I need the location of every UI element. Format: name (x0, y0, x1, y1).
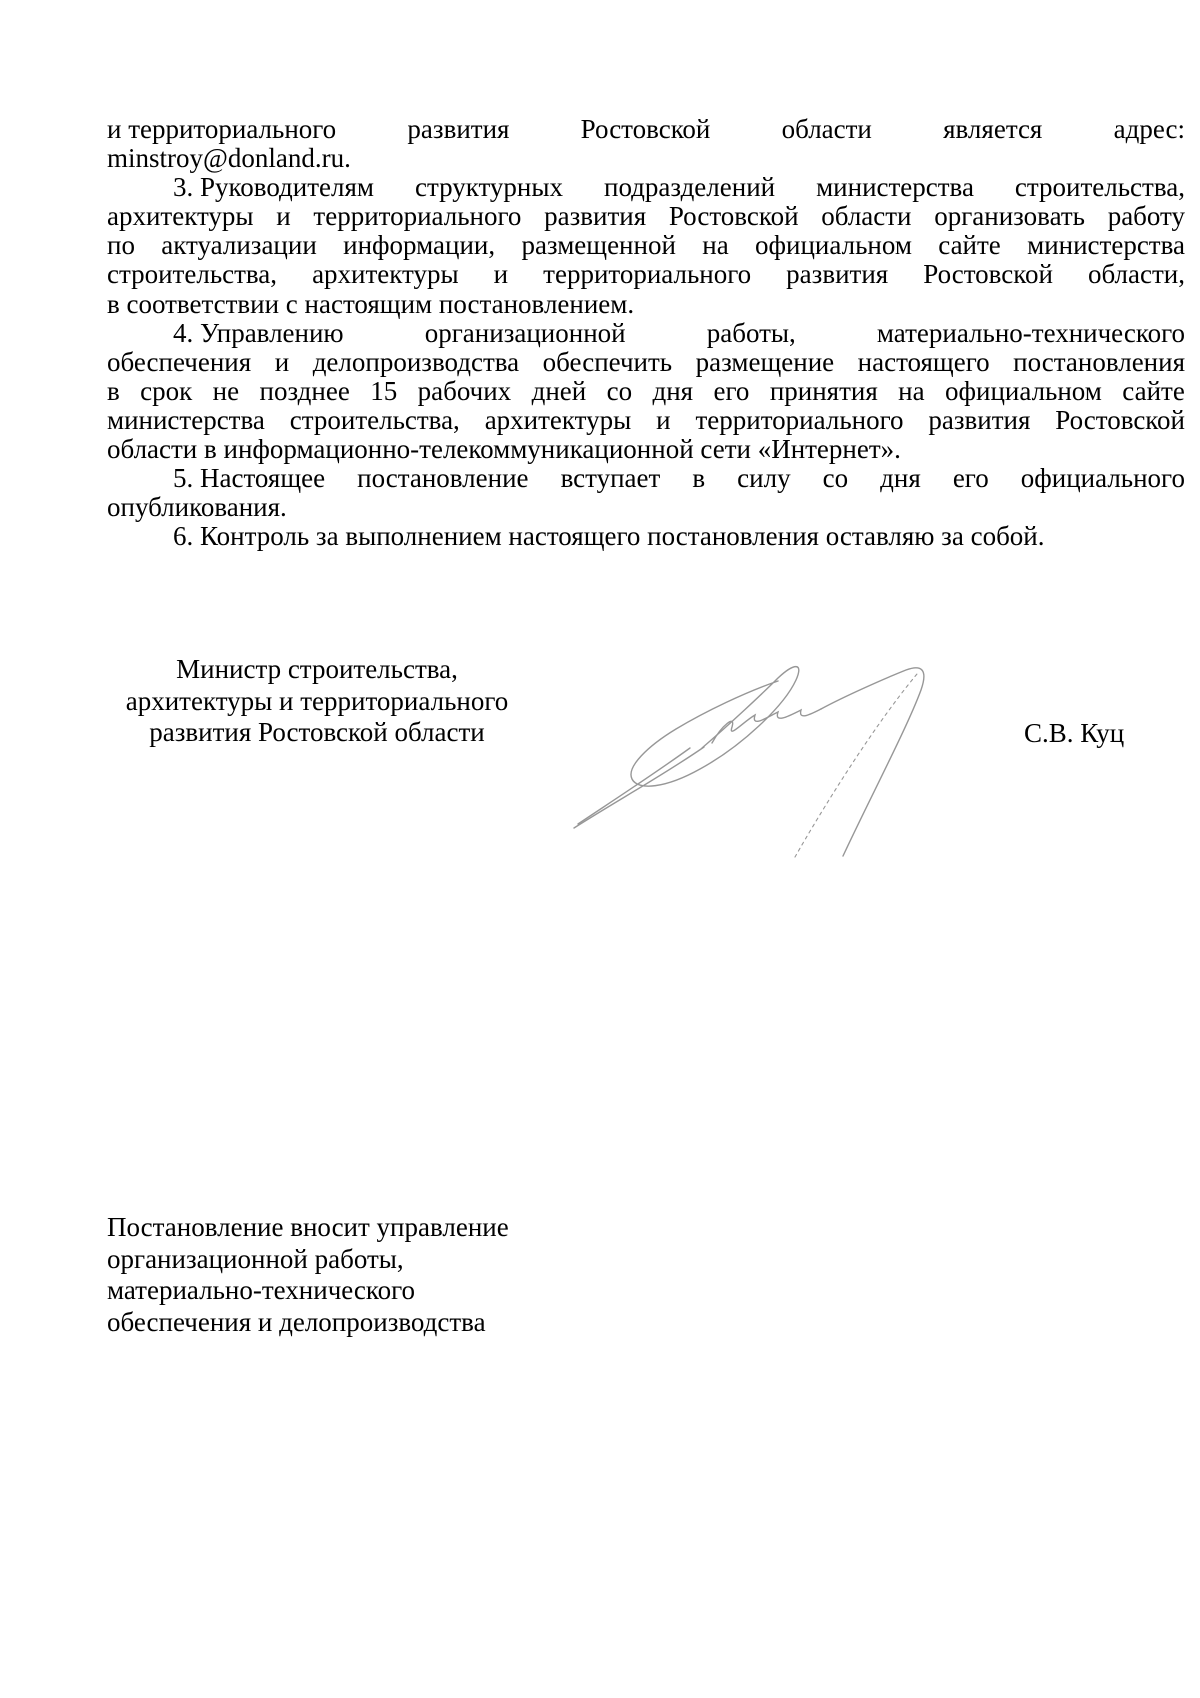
text-line: строительства,архитектурыитерриториально… (107, 260, 1185, 289)
text-line: архитектурыитерриториальногоразвитияРост… (107, 202, 1185, 231)
text-line: 4. Управлениюорганизационнойработы,матер… (107, 319, 1185, 348)
paragraph-item-5: 5. Настоящеепостановлениевступаетвсилусо… (107, 464, 1185, 522)
signatory-title-line: развития Ростовской области (105, 717, 529, 749)
text-line: министерствастроительства,архитектурыите… (107, 406, 1185, 435)
paragraph-item-3: 3. Руководителямструктурныхподразделений… (107, 173, 1185, 318)
text-line: 3. Руководителямструктурныхподразделений… (107, 173, 1185, 202)
text-line: в соответствии с настоящим постановление… (107, 290, 1185, 319)
footer-note-line: обеспечения и делопроизводства (107, 1307, 509, 1339)
text-line: 5. Настоящеепостановлениевступаетвсилусо… (107, 464, 1185, 493)
signatory-name: С.В. Куц (1024, 719, 1124, 748)
text-line: опубликования. (107, 493, 1185, 522)
text-line: 6. Контроль за выполнением настоящего по… (107, 522, 1185, 551)
paragraph-continuation: и территориальногоразвитияРостовскойобла… (107, 115, 1185, 173)
footer-note-line: организационной работы, (107, 1244, 509, 1276)
signatory-title: Министр строительства, архитектуры и тер… (105, 654, 529, 749)
paragraph-item-6: 6. Контроль за выполнением настоящего по… (107, 522, 1185, 551)
text-line: обеспеченияиделопроизводстваобеспечитьра… (107, 348, 1185, 377)
footer-note-line: материально-технического (107, 1275, 509, 1307)
document-body: и территориальногоразвитияРостовскойобла… (107, 115, 1185, 551)
text-line: и территориальногоразвитияРостовскойобла… (107, 115, 1185, 144)
text-line: области в информационно-телекоммуникацио… (107, 435, 1185, 464)
handwritten-signature (550, 628, 940, 868)
footer-note: Постановление вносит управление организа… (107, 1212, 509, 1339)
footer-note-line: Постановление вносит управление (107, 1212, 509, 1244)
text-line-email: minstroy@donland.ru. (107, 144, 1185, 173)
signatory-title-line: Министр строительства, (105, 654, 529, 686)
document-page: и территориальногоразвитияРостовскойобла… (0, 0, 1200, 1698)
paragraph-item-4: 4. Управлениюорганизационнойработы,матер… (107, 319, 1185, 464)
text-line: всрокнепозднее15рабочихднейсодняегоприня… (107, 377, 1185, 406)
text-line: поактуализацииинформации,размещеннойнаоф… (107, 231, 1185, 260)
signatory-title-line: архитектуры и территориального (105, 686, 529, 718)
